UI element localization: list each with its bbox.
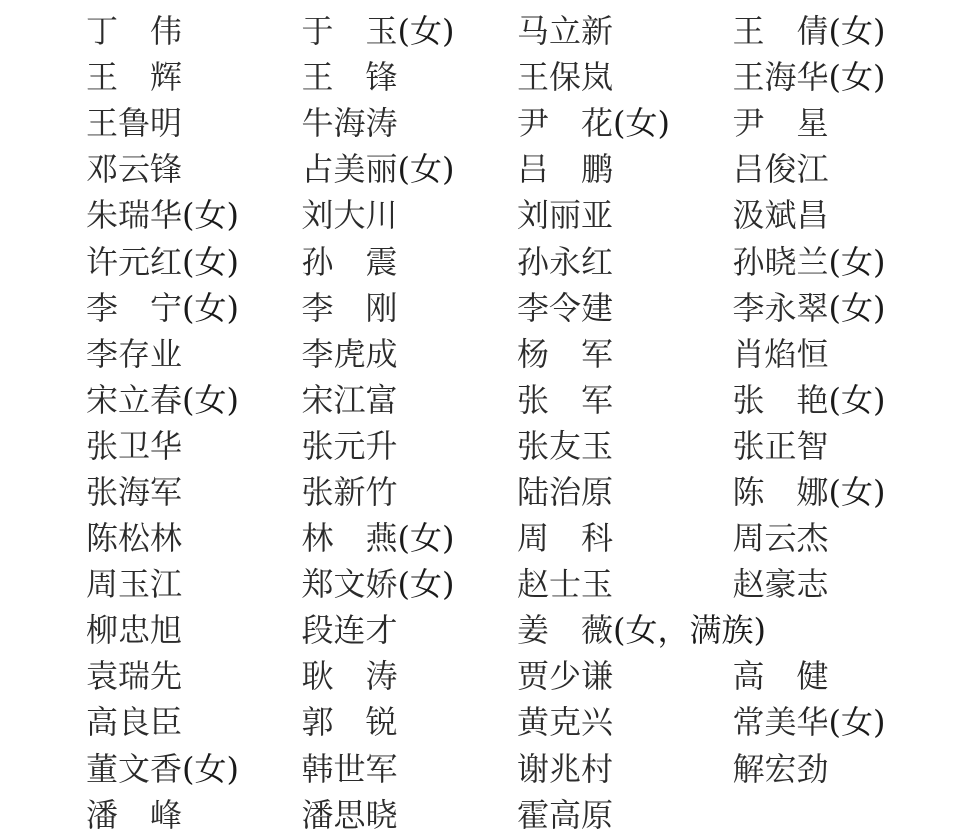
person-name: 孙晓兰 <box>733 243 829 281</box>
name-entry: 孙 震 <box>302 242 518 282</box>
gender-ethnicity-note: (女，满族) <box>613 611 766 649</box>
name-entry: 宋立春(女) <box>86 380 302 420</box>
gender-ethnicity-note: (女) <box>829 58 886 96</box>
person-name: 霍高原 <box>517 796 613 834</box>
person-name: 张 艳 <box>733 381 829 419</box>
name-entry: 李虎成 <box>302 334 518 374</box>
gender-ethnicity-note: (女) <box>829 12 886 50</box>
person-name: 陈 娜 <box>733 473 829 511</box>
name-entry: 张新竹 <box>302 472 518 512</box>
name-row: 潘 峰潘思晓霍高原 <box>86 792 926 838</box>
name-entry: 吕俊江 <box>733 149 949 189</box>
person-name: 郑文娇 <box>302 565 398 603</box>
name-row: 许元红(女)孙 震孙永红孙晓兰(女) <box>86 238 926 284</box>
name-entry: 王海华(女) <box>733 57 949 97</box>
gender-ethnicity-note: (女) <box>398 565 455 603</box>
gender-ethnicity-note: (女) <box>613 104 670 142</box>
name-entry: 韩世军 <box>302 749 518 789</box>
person-name: 吕 鹏 <box>517 150 613 188</box>
name-entry: 赵豪志 <box>733 564 949 604</box>
name-row: 董文香(女)韩世军谢兆村解宏劲 <box>86 746 926 792</box>
person-name: 许元红 <box>86 243 182 281</box>
name-entry: 占美丽(女) <box>302 149 518 189</box>
person-name: 张海军 <box>86 473 182 511</box>
name-row: 丁 伟于 玉(女)马立新王 倩(女) <box>86 8 926 54</box>
name-entry: 柳忠旭 <box>86 610 302 650</box>
name-entry: 于 玉(女) <box>302 11 518 51</box>
name-entry: 袁瑞先 <box>86 656 302 696</box>
person-name: 赵士玉 <box>517 565 613 603</box>
person-name: 高良臣 <box>86 703 182 741</box>
person-name: 王鲁明 <box>86 104 182 142</box>
person-name: 周玉江 <box>86 565 182 603</box>
person-name: 王 辉 <box>86 58 182 96</box>
name-row: 李 宁(女)李 刚李令建李永翠(女) <box>86 285 926 331</box>
name-entry: 张正智 <box>733 426 949 466</box>
name-entry: 姜 薇(女，满族) <box>517 610 948 650</box>
person-name: 李 刚 <box>302 289 398 327</box>
person-name: 邓云锋 <box>86 150 182 188</box>
name-row: 柳忠旭段连才姜 薇(女，满族) <box>86 607 926 653</box>
name-entry: 许元红(女) <box>86 242 302 282</box>
name-entry: 郭 锐 <box>302 702 518 742</box>
name-entry: 孙永红 <box>517 242 733 282</box>
person-name: 周 科 <box>517 519 613 557</box>
person-name: 马立新 <box>517 12 613 50</box>
name-entry: 霍高原 <box>517 795 733 835</box>
name-entry: 张元升 <box>302 426 518 466</box>
name-entry: 耿 涛 <box>302 656 518 696</box>
person-name: 郭 锐 <box>302 703 398 741</box>
person-name: 董文香 <box>86 750 182 788</box>
name-entry: 王鲁明 <box>86 103 302 143</box>
person-name: 肖焰恒 <box>733 335 829 373</box>
person-name: 吕俊江 <box>733 150 829 188</box>
name-entry: 张卫华 <box>86 426 302 466</box>
name-entry: 高 健 <box>733 656 949 696</box>
person-name: 林 燕 <box>302 519 398 557</box>
gender-ethnicity-note: (女) <box>182 196 239 234</box>
person-name: 陆治原 <box>517 473 613 511</box>
gender-ethnicity-note: (女) <box>182 750 239 788</box>
name-list: 丁 伟于 玉(女)马立新王 倩(女)王 辉王 锋王保岚王海华(女)王鲁明牛海涛尹… <box>86 8 926 838</box>
name-entry: 常美华(女) <box>733 702 949 742</box>
name-entry: 贾少谦 <box>517 656 733 696</box>
person-name: 陈松林 <box>86 519 182 557</box>
person-name: 赵豪志 <box>733 565 829 603</box>
person-name: 张 军 <box>517 381 613 419</box>
person-name: 尹 花 <box>517 104 613 142</box>
gender-ethnicity-note: (女) <box>398 12 455 50</box>
name-entry: 李 刚 <box>302 288 518 328</box>
person-name: 张友玉 <box>517 427 613 465</box>
person-name: 于 玉 <box>302 12 398 50</box>
person-name: 王 倩 <box>733 12 829 50</box>
name-entry: 郑文娇(女) <box>302 564 518 604</box>
gender-ethnicity-note: (女) <box>829 243 886 281</box>
person-name: 姜 薇 <box>517 611 613 649</box>
name-entry: 陈 娜(女) <box>733 472 949 512</box>
person-name: 牛海涛 <box>302 104 398 142</box>
name-entry: 王保岚 <box>517 57 733 97</box>
name-entry: 王 锋 <box>302 57 518 97</box>
gender-ethnicity-note: (女) <box>829 703 886 741</box>
person-name: 谢兆村 <box>517 750 613 788</box>
name-entry: 陈松林 <box>86 518 302 558</box>
person-name: 潘思晓 <box>302 796 398 834</box>
name-entry: 张 军 <box>517 380 733 420</box>
person-name: 张正智 <box>733 427 829 465</box>
person-name: 周云杰 <box>733 519 829 557</box>
person-name: 李 宁 <box>86 289 182 327</box>
name-entry: 张友玉 <box>517 426 733 466</box>
gender-ethnicity-note: (女) <box>182 381 239 419</box>
person-name: 刘大川 <box>302 196 398 234</box>
person-name: 耿 涛 <box>302 657 398 695</box>
person-name: 汲斌昌 <box>733 196 829 234</box>
person-name: 杨 军 <box>517 335 613 373</box>
person-name: 袁瑞先 <box>86 657 182 695</box>
person-name: 丁 伟 <box>86 12 182 50</box>
name-entry: 李存业 <box>86 334 302 374</box>
person-name: 段连才 <box>302 611 398 649</box>
gender-ethnicity-note: (女) <box>829 381 886 419</box>
name-entry: 李令建 <box>517 288 733 328</box>
name-entry: 高良臣 <box>86 702 302 742</box>
person-name: 常美华 <box>733 703 829 741</box>
name-entry: 段连才 <box>302 610 518 650</box>
person-name: 韩世军 <box>302 750 398 788</box>
person-name: 王保岚 <box>517 58 613 96</box>
person-name: 黄克兴 <box>517 703 613 741</box>
person-name: 高 健 <box>733 657 829 695</box>
name-row: 高良臣郭 锐黄克兴常美华(女) <box>86 699 926 745</box>
person-name: 柳忠旭 <box>86 611 182 649</box>
gender-ethnicity-note: (女) <box>182 289 239 327</box>
name-row: 李存业李虎成杨 军肖焰恒 <box>86 331 926 377</box>
name-entry: 尹 花(女) <box>517 103 733 143</box>
name-entry: 马立新 <box>517 11 733 51</box>
person-name: 宋立春 <box>86 381 182 419</box>
name-entry: 宋江富 <box>302 380 518 420</box>
person-name: 刘丽亚 <box>517 196 613 234</box>
name-entry: 邓云锋 <box>86 149 302 189</box>
name-row: 周玉江郑文娇(女)赵士玉赵豪志 <box>86 561 926 607</box>
name-entry: 潘 峰 <box>86 795 302 835</box>
name-row: 陈松林林 燕(女)周 科周云杰 <box>86 515 926 561</box>
name-entry: 刘丽亚 <box>517 195 733 235</box>
person-name: 孙永红 <box>517 243 613 281</box>
person-name: 宋江富 <box>302 381 398 419</box>
gender-ethnicity-note: (女) <box>182 243 239 281</box>
person-name: 李虎成 <box>302 335 398 373</box>
name-entry: 张海军 <box>86 472 302 512</box>
name-entry: 周 科 <box>517 518 733 558</box>
person-name: 王 锋 <box>302 58 398 96</box>
person-name: 张元升 <box>302 427 398 465</box>
name-entry: 周玉江 <box>86 564 302 604</box>
name-row: 袁瑞先耿 涛贾少谦高 健 <box>86 653 926 699</box>
person-name: 占美丽 <box>302 150 398 188</box>
person-name: 李永翠 <box>733 289 829 327</box>
name-entry: 牛海涛 <box>302 103 518 143</box>
name-entry: 杨 军 <box>517 334 733 374</box>
name-entry: 赵士玉 <box>517 564 733 604</box>
person-name: 解宏劲 <box>733 750 829 788</box>
name-row: 朱瑞华(女)刘大川刘丽亚汲斌昌 <box>86 192 926 238</box>
name-entry: 李 宁(女) <box>86 288 302 328</box>
person-name: 王海华 <box>733 58 829 96</box>
name-entry: 解宏劲 <box>733 749 949 789</box>
gender-ethnicity-note: (女) <box>398 150 455 188</box>
name-row: 宋立春(女)宋江富张 军张 艳(女) <box>86 377 926 423</box>
person-name: 李令建 <box>517 289 613 327</box>
person-name: 张卫华 <box>86 427 182 465</box>
person-name: 朱瑞华 <box>86 196 182 234</box>
name-entry: 肖焰恒 <box>733 334 949 374</box>
gender-ethnicity-note: (女) <box>398 519 455 557</box>
name-entry: 陆治原 <box>517 472 733 512</box>
name-entry: 王 辉 <box>86 57 302 97</box>
name-entry: 潘思晓 <box>302 795 518 835</box>
name-entry: 林 燕(女) <box>302 518 518 558</box>
person-name: 潘 峰 <box>86 796 182 834</box>
name-row: 张海军张新竹陆治原陈 娜(女) <box>86 469 926 515</box>
name-entry: 周云杰 <box>733 518 949 558</box>
name-entry: 汲斌昌 <box>733 195 949 235</box>
person-name: 贾少谦 <box>517 657 613 695</box>
name-entry: 张 艳(女) <box>733 380 949 420</box>
person-name: 张新竹 <box>302 473 398 511</box>
name-entry: 尹 星 <box>733 103 949 143</box>
name-entry: 李永翠(女) <box>733 288 949 328</box>
gender-ethnicity-note: (女) <box>829 289 886 327</box>
name-row: 邓云锋占美丽(女)吕 鹏吕俊江 <box>86 146 926 192</box>
name-entry: 孙晓兰(女) <box>733 242 949 282</box>
gender-ethnicity-note: (女) <box>829 473 886 511</box>
name-row: 张卫华张元升张友玉张正智 <box>86 423 926 469</box>
person-name: 尹 星 <box>733 104 829 142</box>
name-entry: 朱瑞华(女) <box>86 195 302 235</box>
name-entry: 吕 鹏 <box>517 149 733 189</box>
name-entry: 谢兆村 <box>517 749 733 789</box>
name-entry: 丁 伟 <box>86 11 302 51</box>
name-entry: 黄克兴 <box>517 702 733 742</box>
name-entry: 刘大川 <box>302 195 518 235</box>
name-entry: 董文香(女) <box>86 749 302 789</box>
person-name: 李存业 <box>86 335 182 373</box>
name-row: 王 辉王 锋王保岚王海华(女) <box>86 54 926 100</box>
name-entry: 王 倩(女) <box>733 11 949 51</box>
name-row: 王鲁明牛海涛尹 花(女)尹 星 <box>86 100 926 146</box>
person-name: 孙 震 <box>302 243 398 281</box>
